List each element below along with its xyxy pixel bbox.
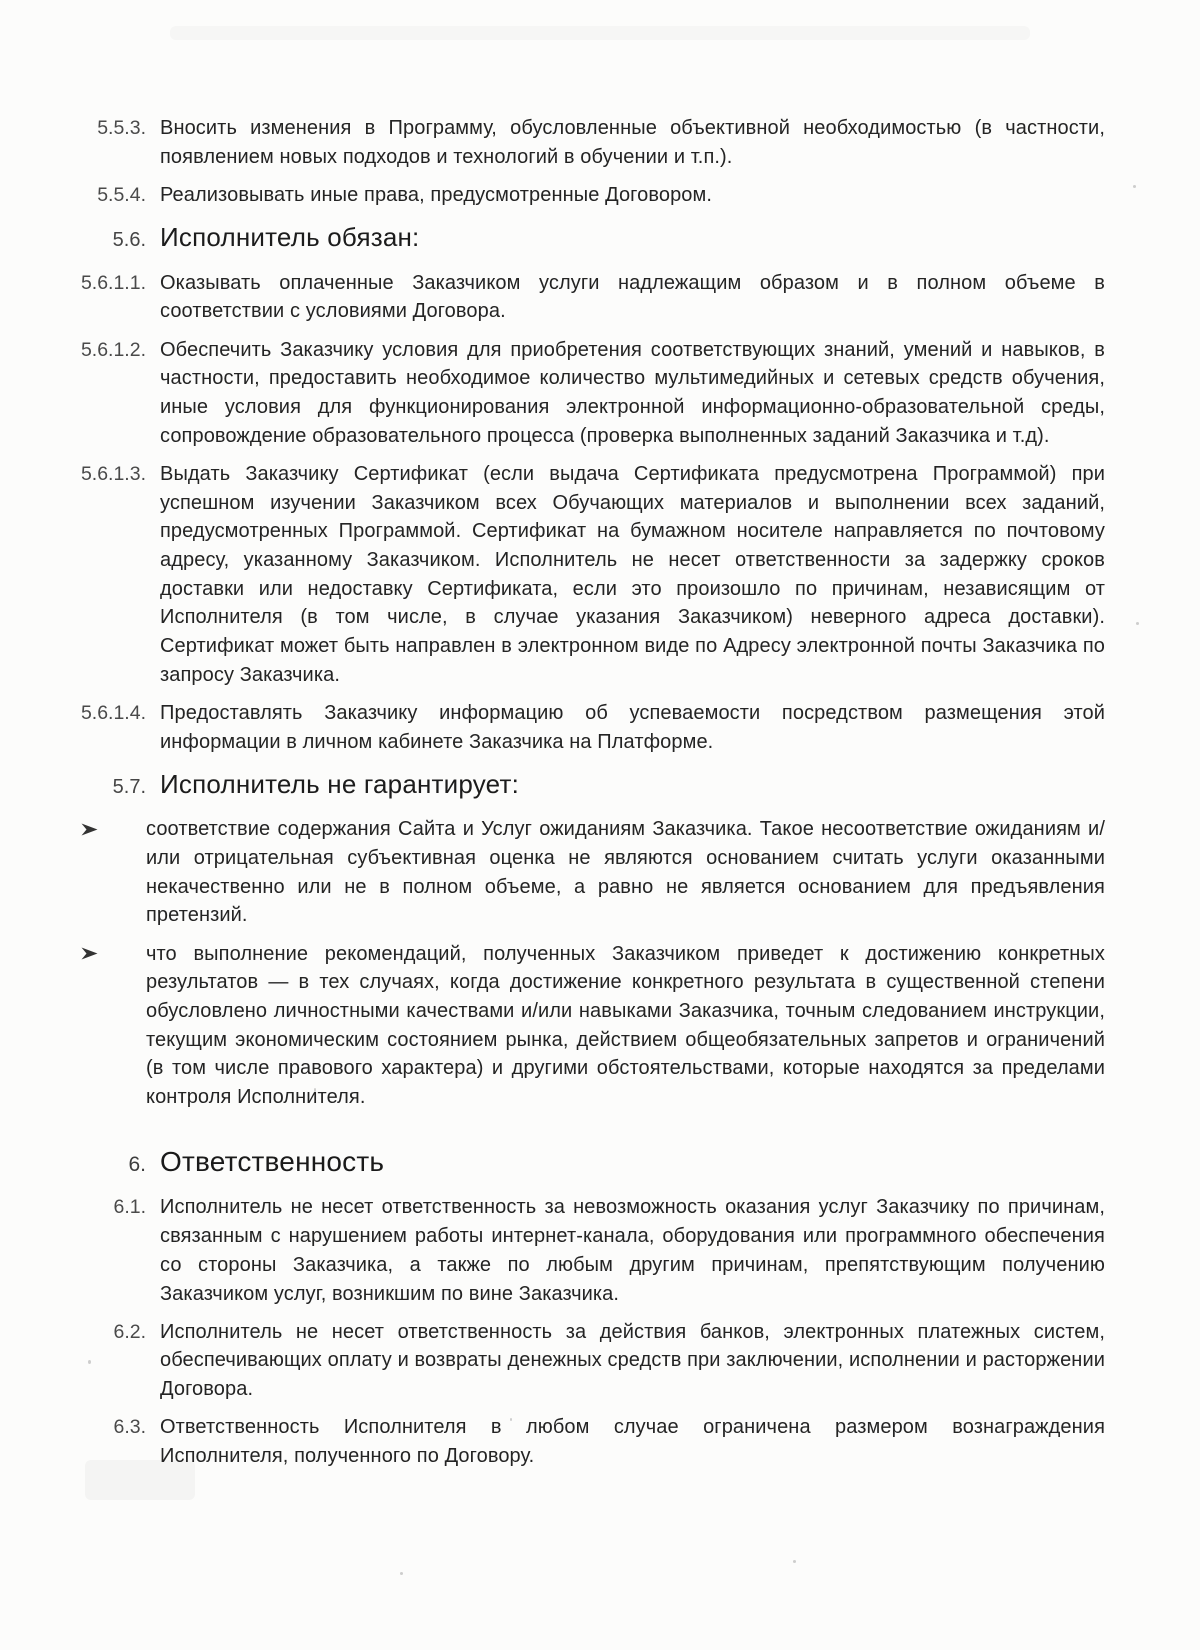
clause-row: 5.6.1.3. Выдать Заказчику Сертификат (ес…: [0, 460, 1105, 690]
scan-speck: [400, 1572, 403, 1575]
clause-row: 5.5.4. Реализовывать иные права, предусм…: [0, 181, 1105, 210]
clause-text: Ответственность: [160, 1142, 1105, 1181]
clause-row: 6.3. Ответственность Исполнителя в любом…: [0, 1413, 1105, 1470]
scan-smudge: [170, 26, 1030, 40]
clause-number: 5.6.1.4.: [0, 699, 160, 728]
document-body: 5.5.3. Вносить изменения в Программу, об…: [0, 114, 1105, 1480]
clause-row: 5.7. Исполнитель не гарантирует:: [0, 766, 1105, 806]
clause-text: что выполнение рекомендаций, полученных …: [146, 940, 1105, 1112]
clause-number: 5.7.: [0, 769, 160, 806]
scan-speck: [1136, 622, 1139, 625]
clause-row: соответствие содержания Сайта и Услуг ож…: [0, 815, 1105, 930]
clause-text: Исполнитель не гарантирует:: [160, 766, 1105, 803]
clause-text: Предоставлять Заказчику информацию об ус…: [160, 699, 1105, 756]
clause-row: 5.6.1.4. Предоставлять Заказчику информа…: [0, 699, 1105, 756]
clause-row: 6.1. Исполнитель не несет ответственност…: [0, 1193, 1105, 1308]
clause-number: 5.6.1.3.: [0, 460, 160, 489]
clause-text: Реализовывать иные права, предусмотренны…: [160, 181, 1105, 210]
clause-text: Исполнитель не несет ответственность за …: [160, 1193, 1105, 1308]
clause-row: что выполнение рекомендаций, полученных …: [0, 940, 1105, 1112]
clause-text: Ответственность Исполнителя в любом случ…: [160, 1413, 1105, 1470]
scan-speck: [1133, 185, 1136, 188]
clause-number: 5.5.4.: [0, 181, 160, 210]
clause-text: Исполнитель обязан:: [160, 219, 1105, 256]
clause-number: 5.6.1.2.: [0, 336, 160, 365]
clause-number: 5.6.1.1.: [0, 269, 160, 298]
scan-speck: [793, 1560, 796, 1563]
clause-number: 6.2.: [0, 1318, 160, 1347]
bullet-arrow-icon: [0, 942, 146, 971]
clause-text: Вносить изменения в Программу, обусловле…: [160, 114, 1105, 171]
clause-row: 6.2. Исполнитель не несет ответственност…: [0, 1318, 1105, 1404]
clause-row: 5.6.1.2. Обеспечить Заказчику условия дл…: [0, 336, 1105, 451]
clause-number: 6.3.: [0, 1413, 160, 1442]
clause-number: 5.6.: [0, 222, 160, 259]
clause-row: 6. Ответственность: [0, 1142, 1105, 1184]
bullet-arrow-icon: [0, 817, 146, 846]
document-page: 5.5.3. Вносить изменения в Программу, об…: [0, 0, 1200, 1650]
clause-text: Выдать Заказчику Сертификат (если выдача…: [160, 460, 1105, 690]
clause-number: 5.5.3.: [0, 114, 160, 143]
clause-number: 6.: [0, 1145, 160, 1184]
clause-row: 5.6. Исполнитель обязан:: [0, 219, 1105, 259]
clause-number: 6.1.: [0, 1193, 160, 1222]
clause-row: 5.6.1.1. Оказывать оплаченные Заказчиком…: [0, 269, 1105, 326]
clause-row: 5.5.3. Вносить изменения в Программу, об…: [0, 114, 1105, 171]
clause-text: Обеспечить Заказчику условия для приобре…: [160, 336, 1105, 451]
clause-text: Оказывать оплаченные Заказчиком услуги н…: [160, 269, 1105, 326]
clause-text: Исполнитель не несет ответственность за …: [160, 1318, 1105, 1404]
clause-text: соответствие содержания Сайта и Услуг ож…: [146, 815, 1105, 930]
